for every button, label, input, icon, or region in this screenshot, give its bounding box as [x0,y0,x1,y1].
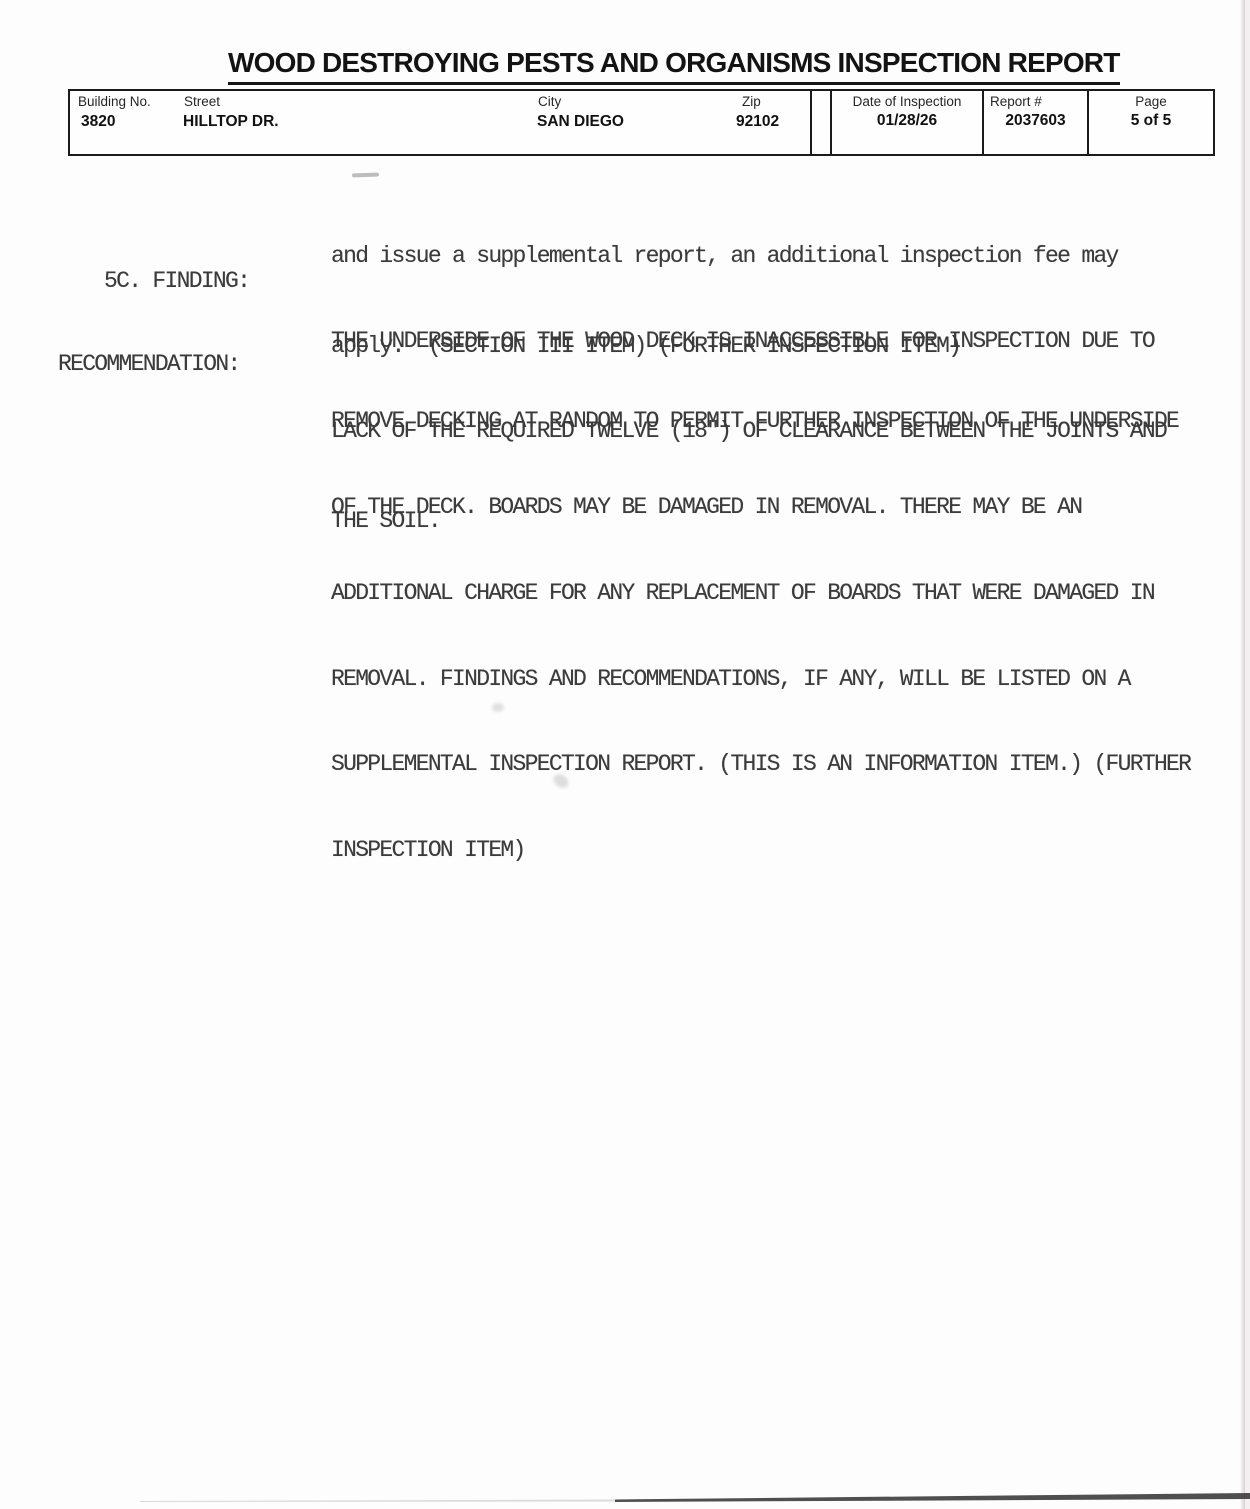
zip-label: Zip [742,94,761,109]
city-value: SAN DIEGO [537,113,624,131]
page-value: 5 of 5 [1089,112,1213,130]
recommendation-line: SUPPLEMENTAL INSPECTION REPORT. (THIS IS… [331,750,1190,779]
table-divider [810,91,812,154]
scan-edge-artifact [0,1484,1250,1509]
recommendation-label: RECOMMENDATION: [58,350,240,379]
building-no-value: 3820 [81,113,115,131]
city-label: City [538,94,561,109]
date-of-inspection-cell: Date of Inspection 01/28/26 [832,91,982,154]
report-number-label: Report # [984,94,1087,109]
recommendation-line: REMOVAL. FINDINGS AND RECOMMENDATIONS, I… [331,665,1190,694]
recommendation-line: OF THE DECK. BOARDS MAY BE DAMAGED IN RE… [331,493,1190,522]
recommendation-text: REMOVE DECKING AT RANDOM TO PERMIT FURTH… [331,350,1190,922]
date-of-inspection-value: 01/28/26 [832,112,982,130]
building-no-label: Building No. [78,94,151,109]
zip-value: 92102 [736,113,779,131]
recommendation-line: ADDITIONAL CHARGE FOR ANY REPLACEMENT OF… [331,579,1190,608]
scan-smudge [492,703,504,712]
page-cell: Page 5 of 5 [1089,91,1213,154]
page-title: WOOD DESTROYING PESTS AND ORGANISMS INSP… [228,47,1120,85]
recommendation-line: REMOVE DECKING AT RANDOM TO PERMIT FURTH… [331,407,1190,436]
finding-label: 5C. FINDING: [104,266,249,296]
date-of-inspection-label: Date of Inspection [832,94,982,109]
scan-smudge [352,173,379,178]
page-label: Page [1089,94,1213,109]
report-number-value: 2037603 [984,112,1087,130]
scan-edge-artifact [1245,0,1250,1509]
property-info-table: Building No. 3820 Street HILLTOP DR. Cit… [68,89,1215,156]
scanned-inspection-report-page: WOOD DESTROYING PESTS AND ORGANISMS INSP… [0,0,1250,1509]
street-value: HILLTOP DR. [183,113,279,131]
street-label: Street [184,94,220,109]
report-number-cell: Report # 2037603 [984,91,1087,154]
recommendation-line: INSPECTION ITEM) [331,836,1190,865]
